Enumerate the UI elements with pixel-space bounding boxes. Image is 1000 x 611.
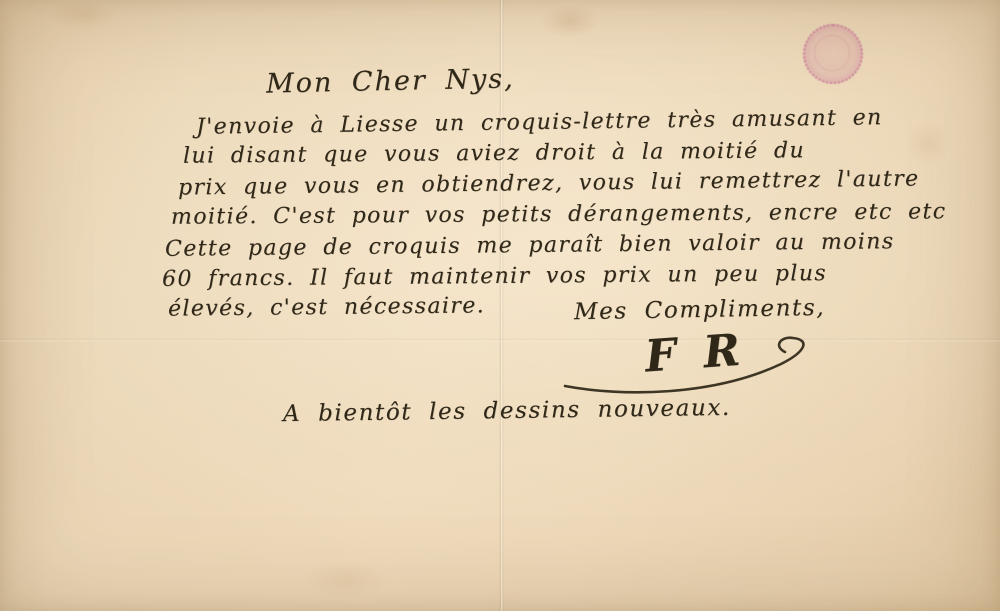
collection-stamp-inner-ring (814, 35, 850, 71)
closing-compliments: Mes Compliments, (574, 295, 826, 325)
postscript: A bientôt les dessins nouveaux. (283, 395, 731, 427)
body-line: moitié. C'est pour vos petits dérangemen… (171, 199, 947, 229)
body-line: 60 francs. Il faut maintenir vos prix un… (162, 261, 827, 292)
collection-stamp-icon (803, 24, 863, 84)
signature-flourish (553, 322, 853, 402)
body-line: prix que vous en obtiendrez, vous lui re… (178, 166, 920, 200)
body-line: Cette page de croquis me paraît bien val… (165, 229, 895, 262)
body-line: lui disant que vous aviez droit à la moi… (183, 138, 805, 168)
foxing-stain (300, 560, 390, 600)
foxing-stain (905, 120, 951, 166)
body-line: élevés, c'est nécessaire. (168, 293, 485, 321)
salutation: Mon Cher Nys, (266, 63, 515, 99)
foxing-stain (540, 4, 600, 38)
body-line: J'envoie à Liesse un croquis-lettre très… (196, 105, 883, 140)
letter-scan: Mon Cher Nys, J'envoie à Liesse un croqu… (0, 0, 1000, 611)
foxing-stain (48, 0, 118, 30)
